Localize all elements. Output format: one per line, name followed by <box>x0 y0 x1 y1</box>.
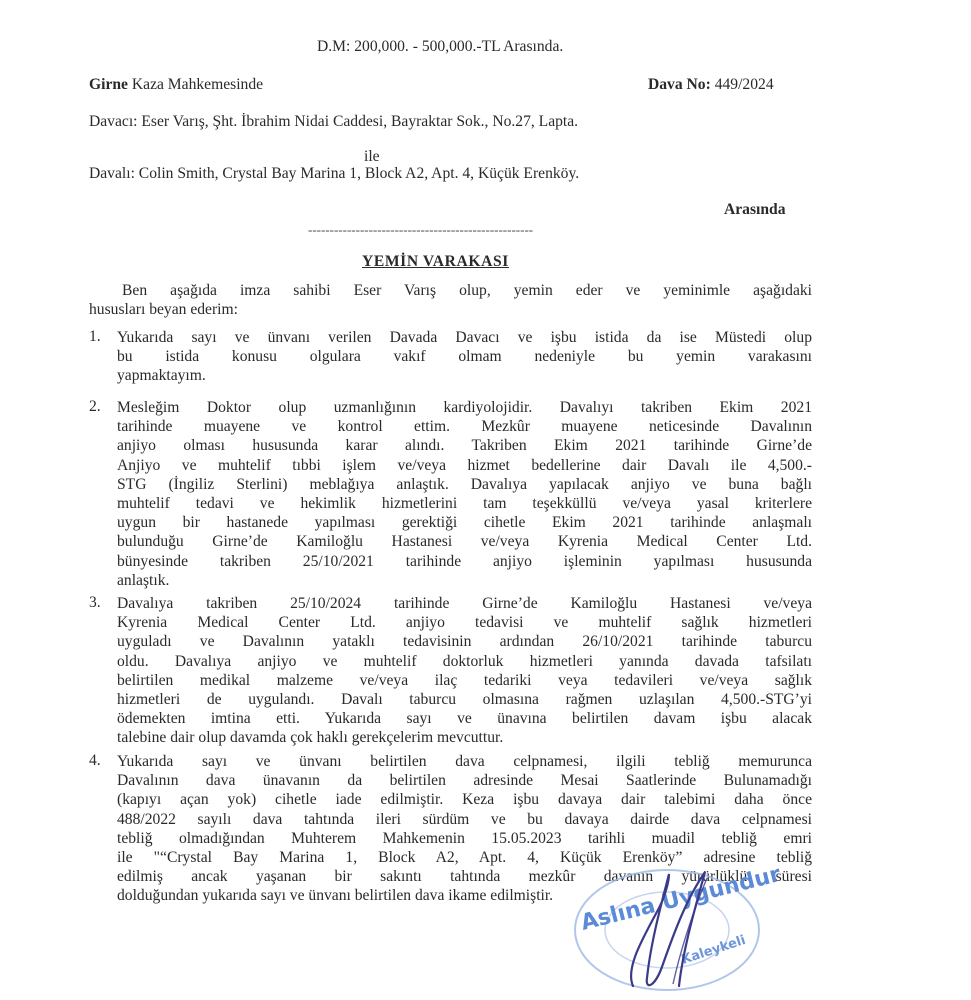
paragraph-line: (kapıyı açan yok) cihetle iade edilmişti… <box>117 790 812 809</box>
case-number-value: 449/2024 <box>711 76 774 93</box>
stamp-subtext: Kaleykeli <box>680 933 748 968</box>
court-city: Girne <box>89 76 128 93</box>
paragraph-line: ile "“Crystal Bay Marina 1, Block A2, Ap… <box>117 848 812 867</box>
paragraph-line: yapmaktayım. <box>117 366 812 385</box>
certified-copy-stamp: Aslına Uygundur Kaleykeli <box>555 868 795 1000</box>
separator-line: ----------------------------------------… <box>308 222 533 238</box>
paragraph-line: hizmetleri de uygulandı. Davalı taburcu … <box>117 690 812 709</box>
item-number: 4. <box>89 752 101 770</box>
paragraph-line: Anjiyo ve muhtelif tıbbi işlem ve/veya h… <box>117 456 812 475</box>
paragraph-line: tarihinde muayene ve kontrol ettim. Mezk… <box>117 417 812 436</box>
paragraph-line: belirtilen medikal malzeme ve/veya ilaç … <box>117 671 812 690</box>
paragraph-line: muhtelif tedavi ve hekimlik hizmetlerini… <box>117 494 812 513</box>
paragraph-line: ödemekten imtina etti. Yukarıda sayı ve … <box>117 709 812 728</box>
court-rest: Kaza Mahkemesinde <box>128 76 263 93</box>
court-name: Girne Kaza Mahkemesinde <box>89 76 263 94</box>
document-title: YEMİN VARAKASI <box>362 253 509 271</box>
paragraph-line: Kyrenia Medical Center Ltd. anjiyo tedav… <box>117 613 812 632</box>
claim-amount-line: D.M: 200,000. - 500,000.-TL Arasında. <box>317 38 563 56</box>
paragraph-line: bulunduğu Girne’de Kamiloğlu Hastanesi v… <box>117 532 812 551</box>
paragraph-line: Yukarıda sayı ve ünvanı verilen Davada D… <box>117 328 812 347</box>
paragraph-line: Davalının dava ünavanın da belirtilen ad… <box>117 771 812 790</box>
paragraph-line: oldu. Davalıya anjiyo ve muhtelif doktor… <box>117 652 812 671</box>
stamp-seal-icon: Aslına Uygundur Kaleykeli <box>555 868 795 1000</box>
intro-paragraph: Ben aşağıda imza sahibi Eser Varış olup,… <box>89 281 812 319</box>
item-number: 3. <box>89 594 101 612</box>
item-number: 2. <box>89 398 101 416</box>
paragraph-line: talebine dair olup davamda çok haklı ger… <box>117 728 812 747</box>
paragraph-line: tebliğ olmadığından Muhterem Mahkemenin … <box>117 829 812 848</box>
item-number: 1. <box>89 328 101 346</box>
paragraph-line: anlaştık. <box>117 571 812 590</box>
item-paragraph: Mesleğim Doktor olup uzmanlığının kardiy… <box>117 398 812 590</box>
case-number: Dava No: 449/2024 <box>648 76 774 94</box>
defendant-line: Davalı: Colin Smith, Crystal Bay Marina … <box>89 165 579 183</box>
stamp-text: Aslına Uygundur <box>578 868 783 936</box>
item-paragraph: Yukarıda sayı ve ünvanı verilen Davada D… <box>117 328 812 386</box>
item-paragraph: Davalıya takriben 25/10/2024 tarihinde G… <box>117 594 812 748</box>
paragraph-line: uygun bir hastanede yapılması gerektiği … <box>117 513 812 532</box>
paragraph-line: Davalıya takriben 25/10/2024 tarihinde G… <box>117 594 812 613</box>
arasinda-label: Arasında <box>724 201 786 219</box>
paragraph-line: STG (İngiliz Sterlini) meblağıya anlaştı… <box>117 475 812 494</box>
intro-line: hususları beyan ederim: <box>89 300 812 319</box>
paragraph-line: Yukarıda sayı ve ünvanı belirtilen dava … <box>117 752 812 771</box>
paragraph-line: bu istida konusu olgulara vakıf olmam ne… <box>117 347 812 366</box>
plaintiff-line: Davacı: Eser Varış, Şht. İbrahim Nidai C… <box>89 113 578 131</box>
paragraph-line: anjiyo olması hususunda karar alındı. Ta… <box>117 436 812 455</box>
case-label: Dava No: <box>648 76 711 93</box>
intro-line: Ben aşağıda imza sahibi Eser Varış olup,… <box>89 281 812 300</box>
paragraph-line: bünyesinde takriben 25/10/2021 tarihinde… <box>117 552 812 571</box>
paragraph-line: uyguladı ve Davalının yataklı tedavisini… <box>117 632 812 651</box>
paragraph-line: Mesleğim Doktor olup uzmanlığının kardiy… <box>117 398 812 417</box>
ile-connector: ile <box>364 148 380 166</box>
paragraph-line: 488/2022 sayılı dava tahtında ileri sürd… <box>117 810 812 829</box>
